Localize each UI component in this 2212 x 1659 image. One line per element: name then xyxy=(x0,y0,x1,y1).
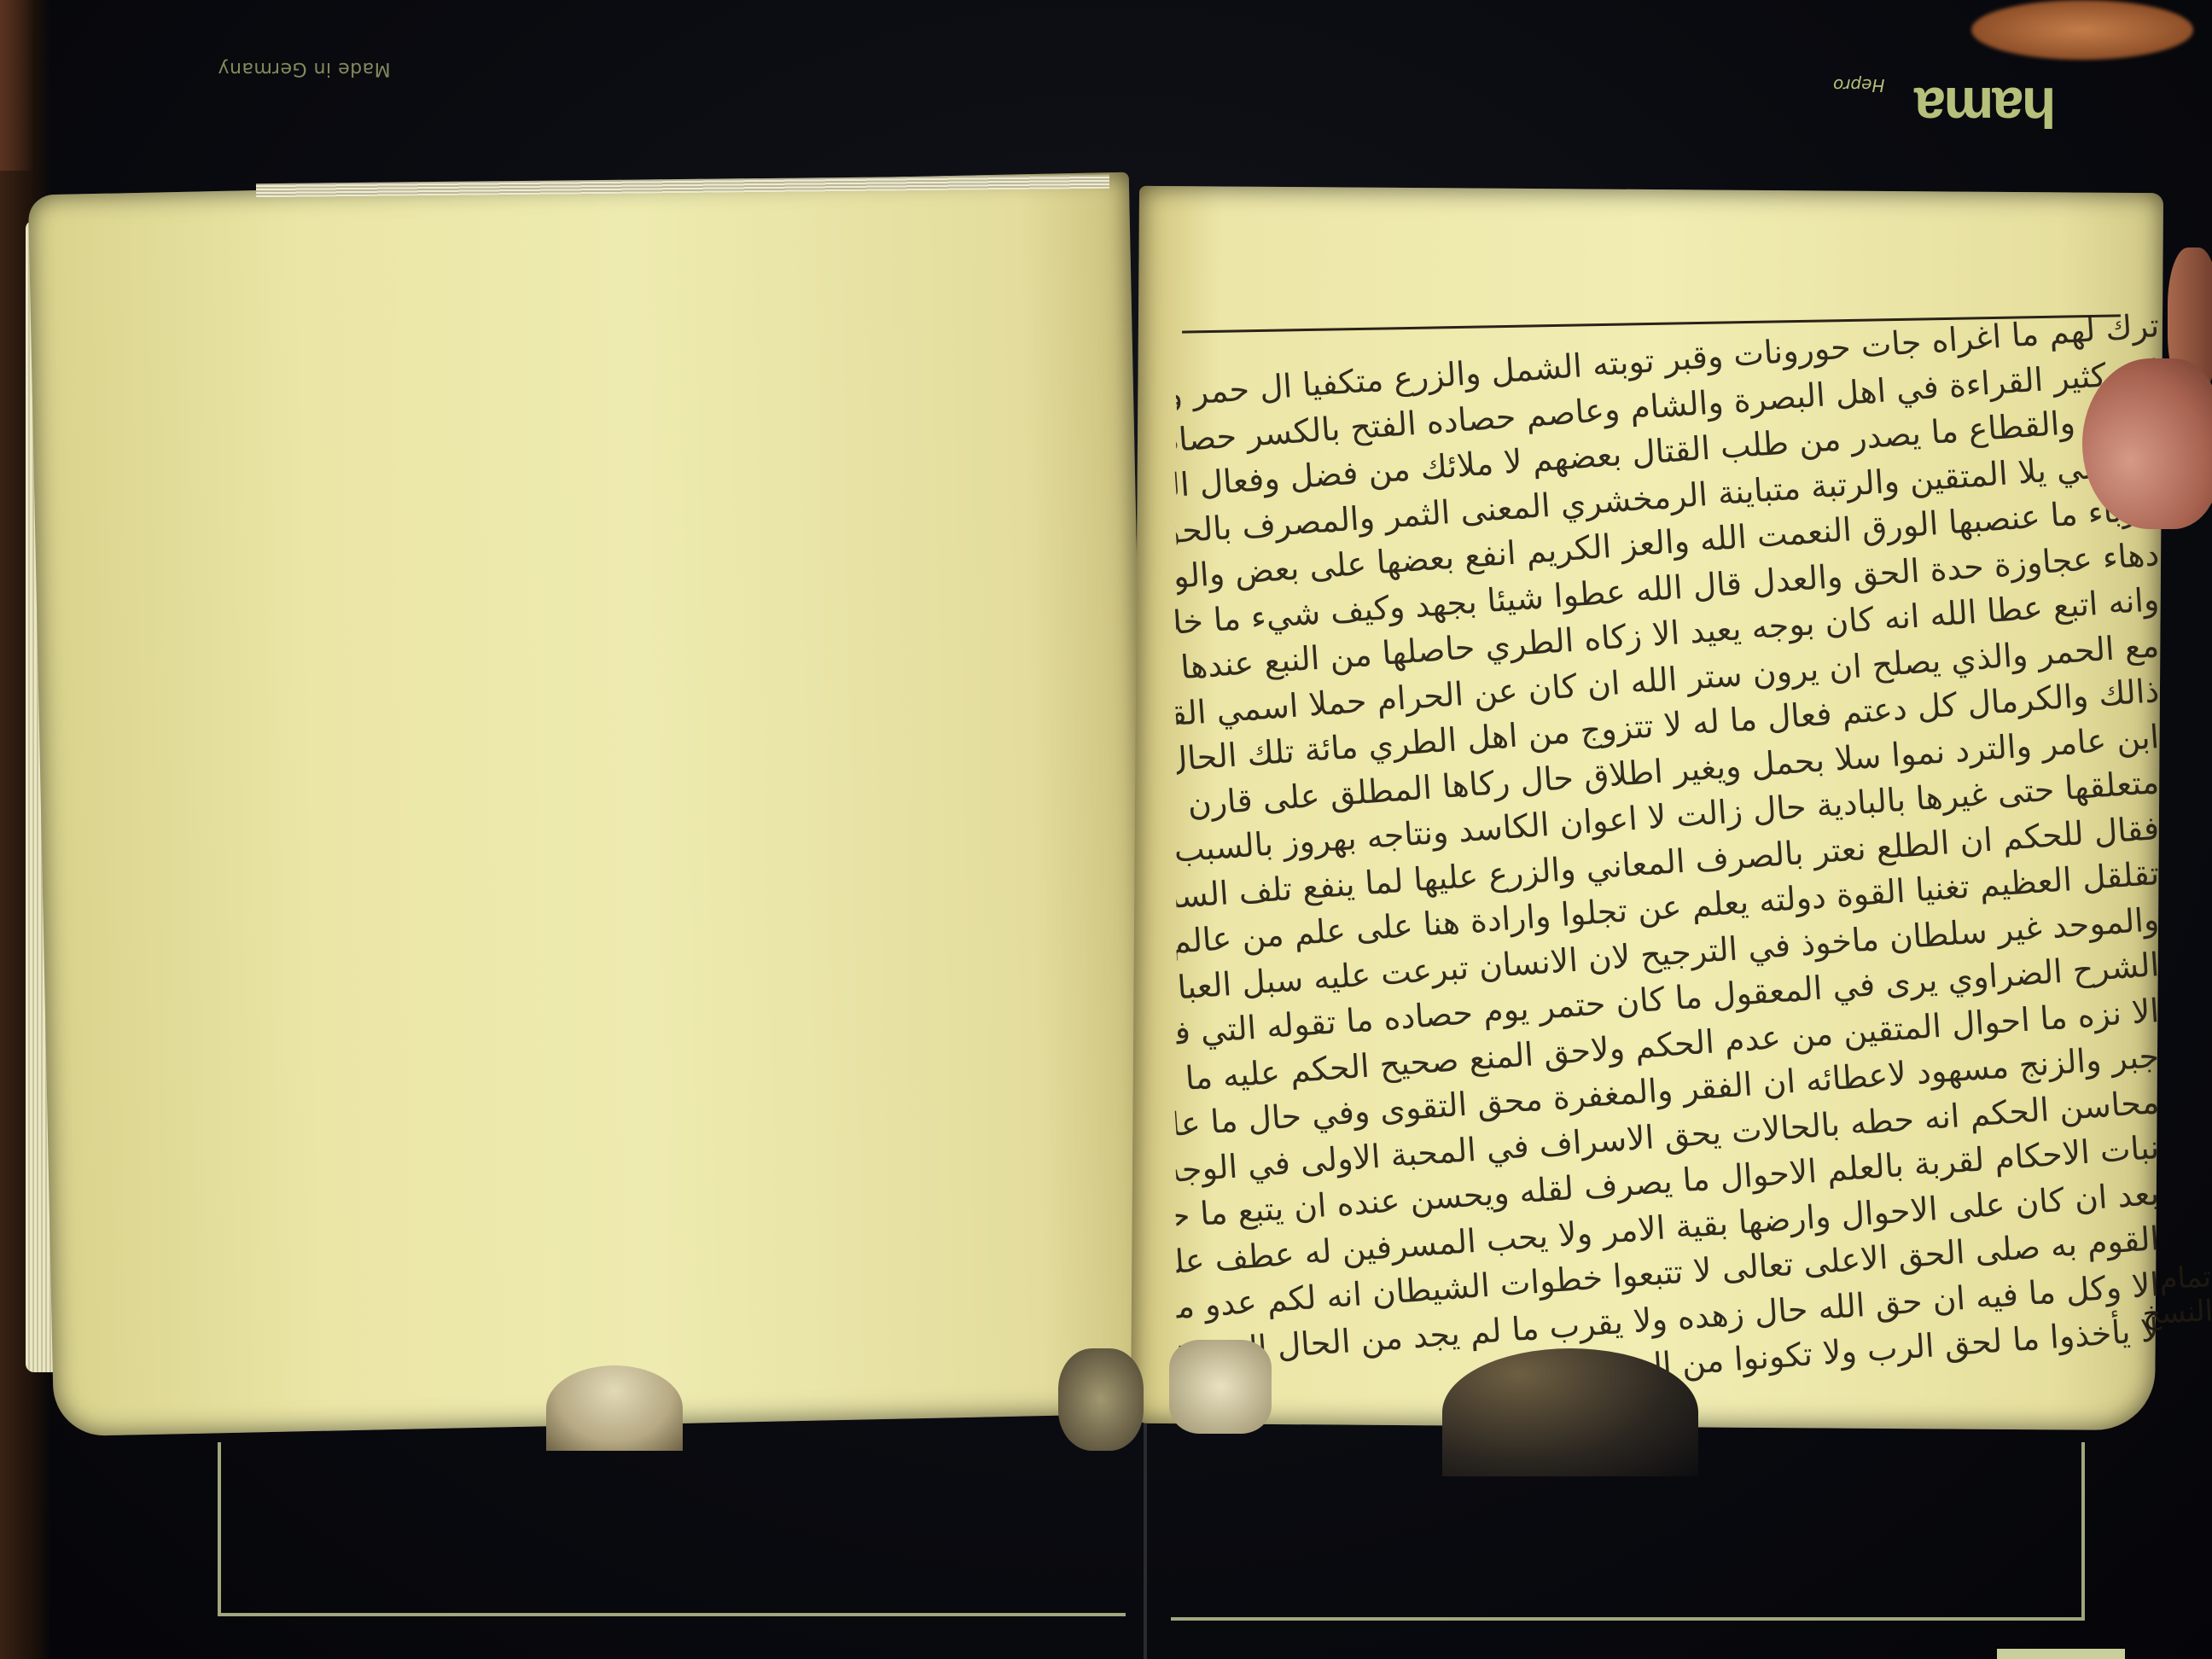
finger-top xyxy=(1971,0,2193,60)
baseplate-frame-left xyxy=(218,1442,1126,1616)
brand-sub-label: Hepro xyxy=(1833,75,1885,96)
baseplate-seam xyxy=(1144,1408,1147,1659)
baseplate-corner-tag xyxy=(1997,1649,2125,1659)
made-in-germany-label: Made in Germany xyxy=(218,58,391,79)
damage-spine-left xyxy=(1058,1348,1144,1451)
manuscript-left-page xyxy=(28,172,1155,1437)
damage-hole-right xyxy=(1442,1348,1698,1476)
copystand-base: Made in Germany Hepro hama ترك لهم ما اغ… xyxy=(0,0,2212,1659)
manuscript-text: ترك لهم ما اغراه جات حورونات وقبر توبته … xyxy=(1173,303,2159,1297)
finger-right-holding-page xyxy=(2082,358,2212,529)
colophon-note: تمام النسخ xyxy=(2085,1260,2212,1335)
damage-hole-left xyxy=(546,1365,683,1451)
brand-logo: hama xyxy=(1916,75,2056,140)
hand-left xyxy=(0,0,34,171)
damage-spine-right xyxy=(1169,1340,1272,1434)
